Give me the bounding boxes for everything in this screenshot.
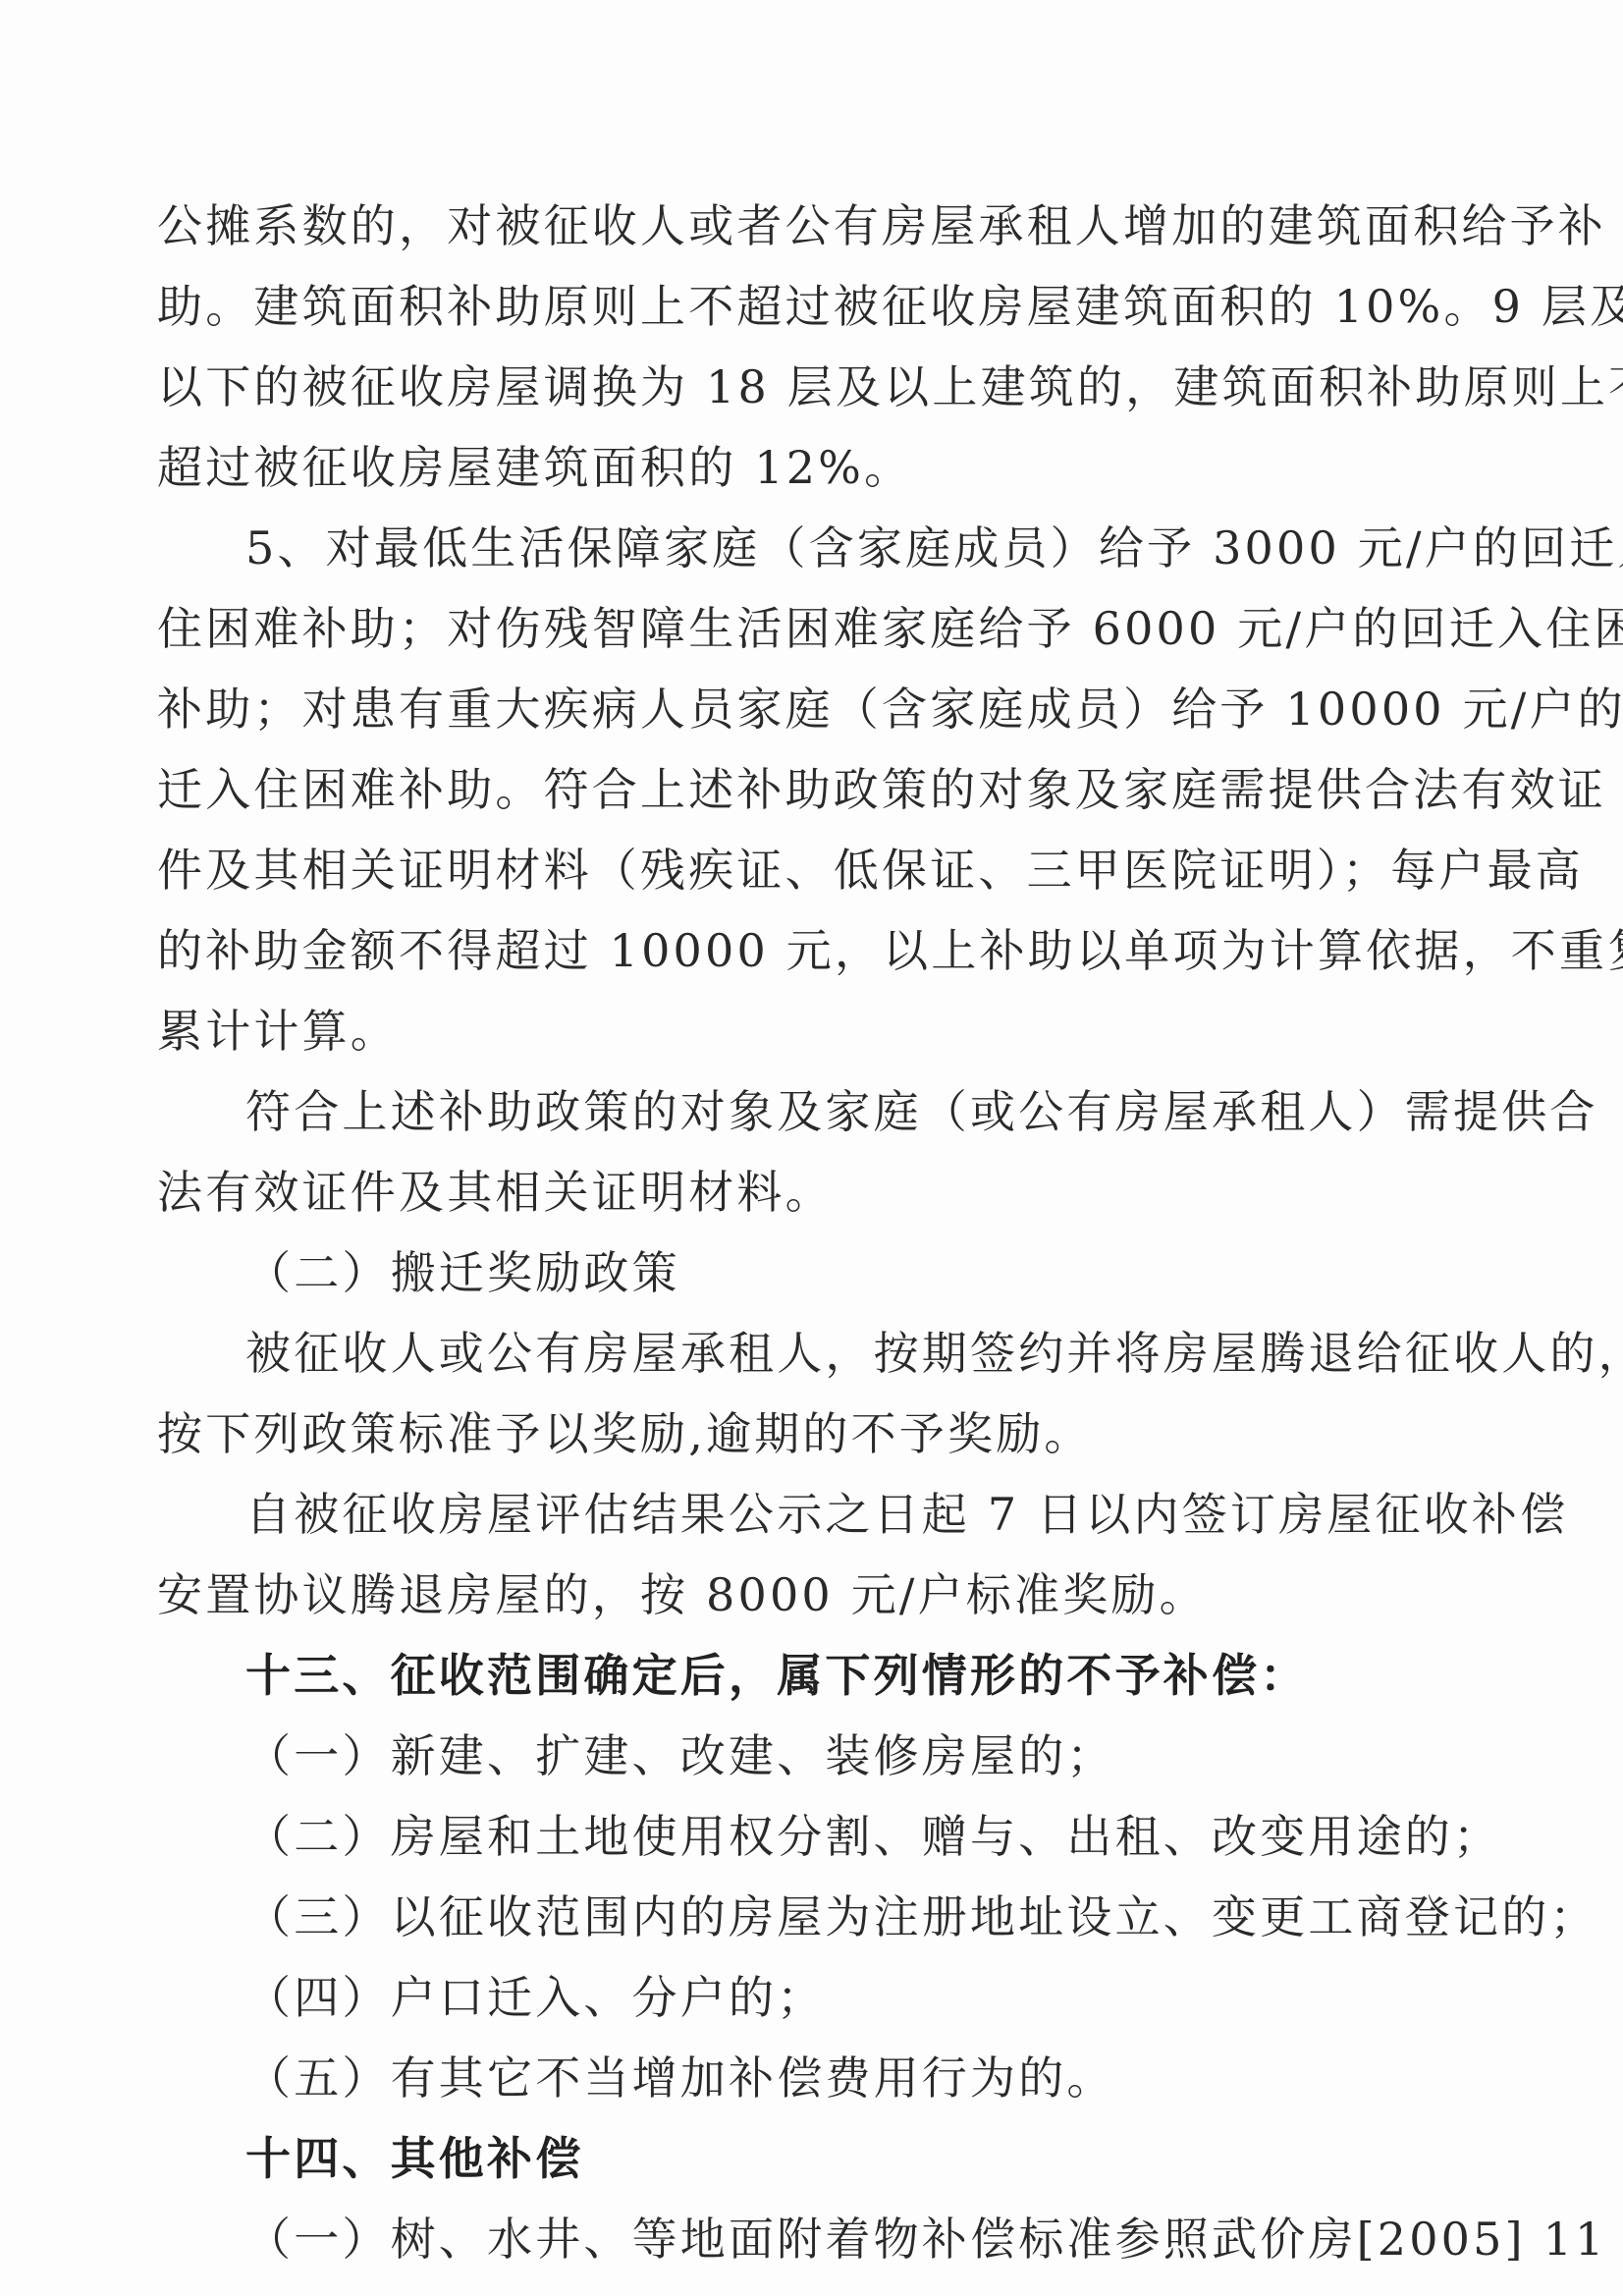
paragraph-line: 公摊系数的，对被征收人或者公有房屋承租人增加的建筑面积给予补: [157, 196, 1473, 255]
document-page: 公摊系数的，对被征收人或者公有房屋承租人增加的建筑面积给予补 助。建筑面积补助原…: [0, 0, 1623, 2296]
paragraph-line: 超过被征收房屋建筑面积的 12%。: [157, 438, 1473, 497]
paragraph-line: 符合上述补助政策的对象及家庭（或公有房屋承租人）需提供合: [245, 1082, 1473, 1141]
list-item: （一）树、水井、等地面附着物补偿标准参照武价房[2005] 11 号: [245, 2210, 1473, 2269]
section-heading: 十三、征收范围确定后，属下列情形的不予补偿：: [245, 1646, 1473, 1705]
list-item: （五）有其它不当增加补偿费用行为的。: [245, 2049, 1473, 2107]
subsection-heading: （二）搬迁奖励政策: [245, 1243, 1473, 1302]
paragraph-line: 法有效证件及其相关证明材料。: [157, 1163, 1473, 1222]
paragraph-line: 自被征收房屋评估结果公示之日起 7 日以内签订房屋征收补偿: [245, 1485, 1473, 1544]
paragraph-line: 以下的被征收房屋调换为 18 层及以上建筑的，建筑面积补助原则上不: [157, 357, 1473, 416]
paragraph-line: 累计计算。: [157, 1002, 1473, 1061]
paragraph-line: 的补助金额不得超过 10000 元，以上补助以单项为计算依据，不重复: [157, 921, 1473, 980]
paragraph-line: 5、对最低生活保障家庭（含家庭成员）给予 3000 元/户的回迁入: [245, 519, 1473, 577]
paragraph-line: 安置协议腾退房屋的，按 8000 元/户标准奖励。: [157, 1565, 1473, 1624]
paragraph-line: 迁入住困难补助。符合上述补助政策的对象及家庭需提供合法有效证: [157, 760, 1473, 819]
paragraph-line: 助。建筑面积补助原则上不超过被征收房屋建筑面积的 10%。9 层及: [157, 277, 1473, 336]
list-item: （四）户口迁入、分户的；: [245, 1968, 1473, 2027]
list-item: （一）新建、扩建、改建、装修房屋的；: [245, 1726, 1473, 1785]
paragraph-line: 件及其相关证明材料（残疾证、低保证、三甲医院证明）；每户最高: [157, 841, 1473, 900]
section-heading: 十四、其他补偿: [245, 2129, 1473, 2188]
paragraph-line: 被征收人或公有房屋承租人，按期签约并将房屋腾退给征收人的，: [245, 1324, 1473, 1383]
list-item: （三）以征收范围内的房屋为注册地址设立、变更工商登记的；: [245, 1887, 1473, 1946]
paragraph-line: 补助；对患有重大疾病人员家庭（含家庭成员）给予 10000 元/户的回: [157, 680, 1473, 738]
paragraph-line: 住困难补助；对伤残智障生活困难家庭给予 6000 元/户的回迁入住困难: [157, 599, 1473, 658]
paragraph-line: 按下列政策标准予以奖励,逾期的不予奖励。: [157, 1404, 1473, 1463]
list-item: （二）房屋和土地使用权分割、赠与、出租、改变用途的；: [245, 1807, 1473, 1866]
